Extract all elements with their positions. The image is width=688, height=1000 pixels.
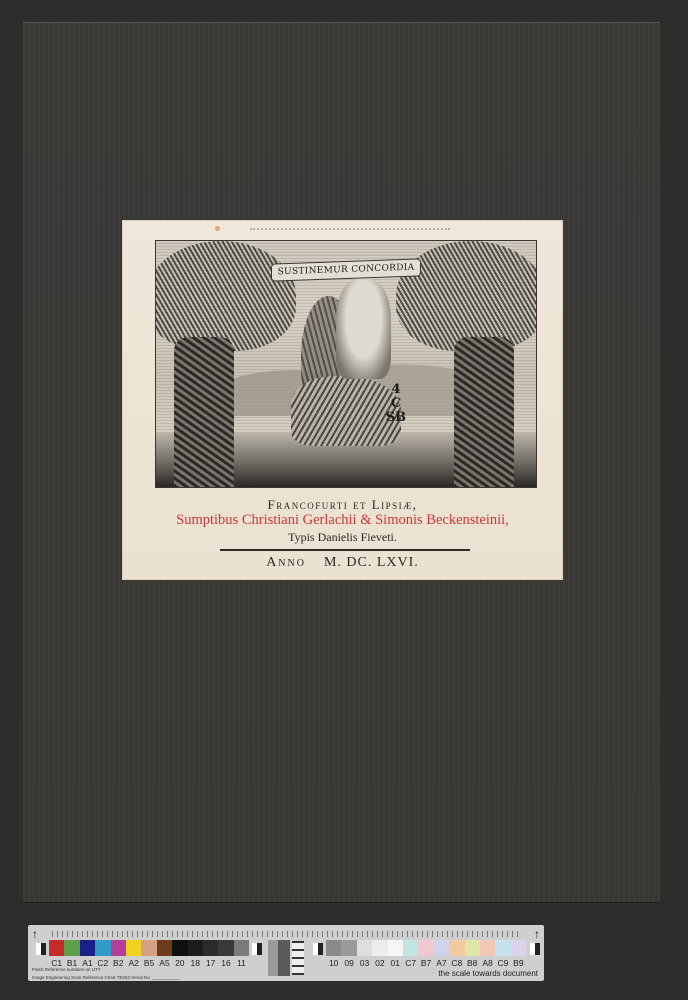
printer-monogram: 4 C SB: [381, 383, 411, 433]
color-patch: [157, 940, 172, 956]
color-patch: [218, 940, 233, 956]
color-patch: [511, 940, 526, 956]
color-patch: [403, 940, 418, 956]
mm-ruler: [52, 931, 522, 937]
color-patch: [449, 940, 464, 956]
resolution-target-icon: [292, 941, 304, 975]
patch-label: B2: [111, 958, 126, 968]
color-patch: [465, 940, 480, 956]
left-color-patches: [49, 940, 249, 956]
imprint-publisher-line: Sumptibus Christiani Gerlachii & Simonis…: [123, 512, 562, 529]
patch-label: 17: [203, 958, 218, 968]
patch-label: 10: [326, 958, 341, 968]
color-scale-bar: ↑ ↑ C1B1A1C2B2A2B5A52018171611 100903020…: [28, 925, 544, 981]
patch-label: 03: [357, 958, 372, 968]
scale-orientation-note: the scale towards document: [438, 969, 538, 978]
patch-reference-note: Patch Reference numbers on UTT: [32, 967, 101, 972]
color-patch: [418, 940, 433, 956]
patch-label: B7: [418, 958, 433, 968]
embracing-figures: [336, 279, 391, 379]
palm-trunk-right: [454, 337, 514, 487]
imprint-printer-line: Typis Danielis Fieveti.: [123, 530, 562, 545]
right-color-patches: [326, 940, 526, 956]
right-patch-labels: 1009030201C7B7A7C8B8A8C9B9: [326, 958, 526, 968]
up-arrow-icon: ↑: [32, 927, 38, 941]
imprint-city-line: Francofurti et Lipsiæ,: [123, 497, 562, 513]
bw-target-icon: [313, 943, 323, 955]
color-patch: [49, 940, 64, 956]
patch-label: A2: [126, 958, 141, 968]
color-patch: [434, 940, 449, 956]
color-patch: [172, 940, 187, 956]
patch-label: B5: [141, 958, 156, 968]
patch-label: C7: [403, 958, 418, 968]
imprint-year-line: Anno M. DC. LXVI.: [123, 555, 562, 571]
year-value: M. DC. LXVI.: [324, 555, 419, 570]
patch-label: 09: [341, 958, 356, 968]
paper-stain: [215, 226, 220, 231]
bw-target-icon: [530, 943, 540, 955]
engraved-vignette: 4 C SB SUSTINEMUR CONCORDIA: [155, 240, 537, 488]
patch-label: 16: [218, 958, 233, 968]
bw-target-icon: [252, 943, 262, 955]
gray-wedge: [268, 940, 290, 976]
palm-fronds-left: [155, 241, 296, 351]
patch-label: A7: [434, 958, 449, 968]
color-patch: [326, 940, 341, 956]
palm-trunk-left: [174, 337, 234, 487]
color-patch: [234, 940, 249, 956]
color-patch: [64, 940, 79, 956]
patch-label: 11: [234, 958, 249, 968]
color-patch: [372, 940, 387, 956]
color-patch: [126, 940, 141, 956]
color-patch: [111, 940, 126, 956]
patch-label: 18: [188, 958, 203, 968]
color-patch: [357, 940, 372, 956]
color-patch: [480, 940, 495, 956]
bw-target-icon: [36, 943, 46, 955]
patch-label: A8: [480, 958, 495, 968]
up-arrow-icon: ↑: [534, 927, 540, 941]
chart-footer: Image Engineering Scan Reference Chart T…: [32, 975, 180, 980]
color-patch: [341, 940, 356, 956]
patch-label: B8: [465, 958, 480, 968]
imprint-rule: [220, 549, 470, 551]
patch-label: 02: [372, 958, 387, 968]
color-patch: [388, 940, 403, 956]
color-patch: [95, 940, 110, 956]
offset-text-fragment: [250, 224, 450, 230]
patch-label: A5: [157, 958, 172, 968]
patch-label: 20: [172, 958, 187, 968]
color-patch: [495, 940, 510, 956]
patch-label: C9: [495, 958, 510, 968]
patch-label: C8: [449, 958, 464, 968]
patch-label: 01: [388, 958, 403, 968]
color-patch: [141, 940, 156, 956]
color-patch: [80, 940, 95, 956]
year-label: Anno: [266, 555, 306, 570]
color-patch: [188, 940, 203, 956]
patch-label: B9: [511, 958, 526, 968]
color-patch: [203, 940, 218, 956]
